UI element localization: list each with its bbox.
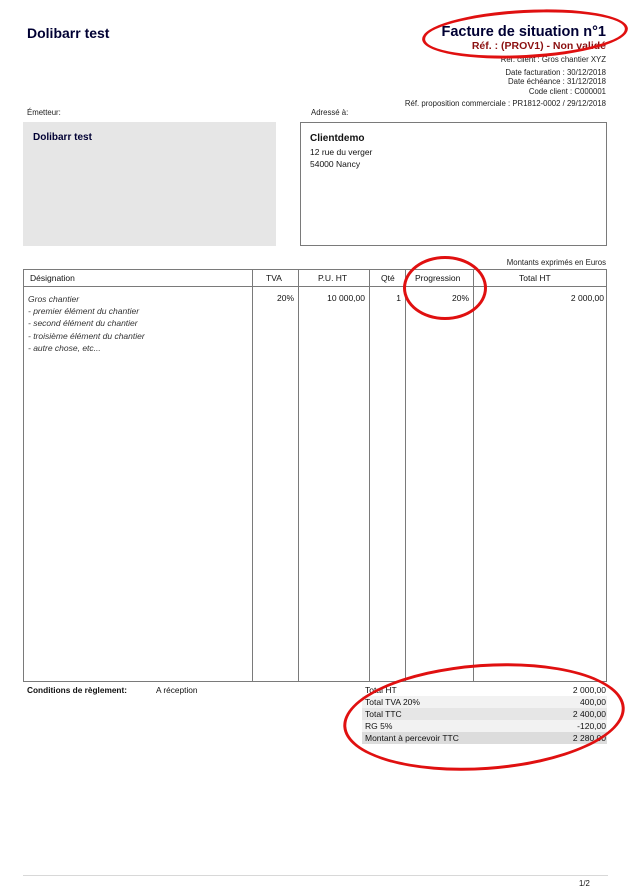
column-divider <box>369 270 370 681</box>
sender-box: Dolibarr test <box>23 122 276 246</box>
currency-note: Montants exprimés en Euros <box>507 258 606 267</box>
line-unit-price: 10 000,00 <box>327 293 365 303</box>
payment-terms-value: A réception <box>156 685 198 695</box>
document-meta: Réf. client : Gros chantier XYZ Date fac… <box>405 55 606 109</box>
line-progress: 20% <box>452 293 469 303</box>
designation-line: Gros chantier <box>28 293 145 305</box>
company-name: Dolibarr test <box>27 25 109 41</box>
header-divider <box>24 286 606 287</box>
sender-name: Dolibarr test <box>33 132 92 143</box>
totals-row: RG 5% -120,00 <box>362 720 607 732</box>
column-divider <box>473 270 474 681</box>
totals-value: 400,00 <box>580 696 606 708</box>
payment-terms-label: Conditions de règlement: <box>27 685 127 695</box>
totals-label: Total HT <box>365 684 397 696</box>
column-header-designation: Désignation <box>30 273 75 283</box>
proposal-reference: Réf. proposition commerciale : PR1812-00… <box>405 99 606 109</box>
page-number: 1/2 <box>579 879 590 888</box>
recipient-name: Clientdemo <box>310 133 364 144</box>
designation-line: - autre chose, etc... <box>28 342 145 354</box>
invoice-lines-table: Désignation TVA P.U. HT Qté Progression … <box>23 269 607 682</box>
totals-label: Montant à percevoir TTC <box>365 732 459 744</box>
column-header-total: Total HT <box>519 273 551 283</box>
column-divider <box>405 270 406 681</box>
column-header-vat: TVA <box>266 273 282 283</box>
totals-row: Total TTC 2 400,00 <box>362 708 607 720</box>
line-designation: Gros chantier - premier élément du chant… <box>28 293 145 354</box>
designation-line: - second élément du chantier <box>28 317 145 329</box>
line-vat: 20% <box>277 293 294 303</box>
sender-label: Émetteur: <box>27 108 61 117</box>
recipient-label: Adressé à: <box>311 108 348 117</box>
column-divider <box>298 270 299 681</box>
totals-row: Total HT 2 000,00 <box>362 684 607 696</box>
column-divider <box>252 270 253 681</box>
column-header-progress: Progression <box>415 273 460 283</box>
document-reference: Réf. : (PROV1) - Non validé <box>472 40 606 52</box>
totals-row: Montant à percevoir TTC 2 280,00 <box>362 732 607 744</box>
recipient-box: Clientdemo 12 rue du verger 54000 Nancy <box>300 122 607 246</box>
designation-line: - troisième élément du chantier <box>28 330 145 342</box>
totals-row: Total TVA 20% 400,00 <box>362 696 607 708</box>
customer-reference: Réf. client : Gros chantier XYZ <box>405 55 606 65</box>
column-header-qty: Qté <box>381 273 395 283</box>
recipient-address-line1: 12 rue du verger <box>310 147 372 157</box>
totals-label: Total TTC <box>365 708 402 720</box>
designation-line: - premier élément du chantier <box>28 305 145 317</box>
document-title: Facture de situation n°1 <box>441 24 606 40</box>
totals-block: Total HT 2 000,00 Total TVA 20% 400,00 T… <box>362 684 607 744</box>
totals-value: 2 400,00 <box>573 708 606 720</box>
line-qty: 1 <box>396 293 401 303</box>
customer-code: Code client : C000001 <box>405 87 606 97</box>
recipient-address-line2: 54000 Nancy <box>310 159 360 169</box>
invoice-date: Date facturation : 30/12/2018 <box>405 68 606 78</box>
totals-label: Total TVA 20% <box>365 696 420 708</box>
line-total: 2 000,00 <box>571 293 604 303</box>
totals-value: 2 280,00 <box>573 732 606 744</box>
column-header-unit-price: P.U. HT <box>318 273 347 283</box>
totals-value: -120,00 <box>577 720 606 732</box>
footer-divider <box>23 875 608 876</box>
totals-label: RG 5% <box>365 720 392 732</box>
totals-value: 2 000,00 <box>573 684 606 696</box>
due-date: Date échéance : 31/12/2018 <box>405 77 606 87</box>
